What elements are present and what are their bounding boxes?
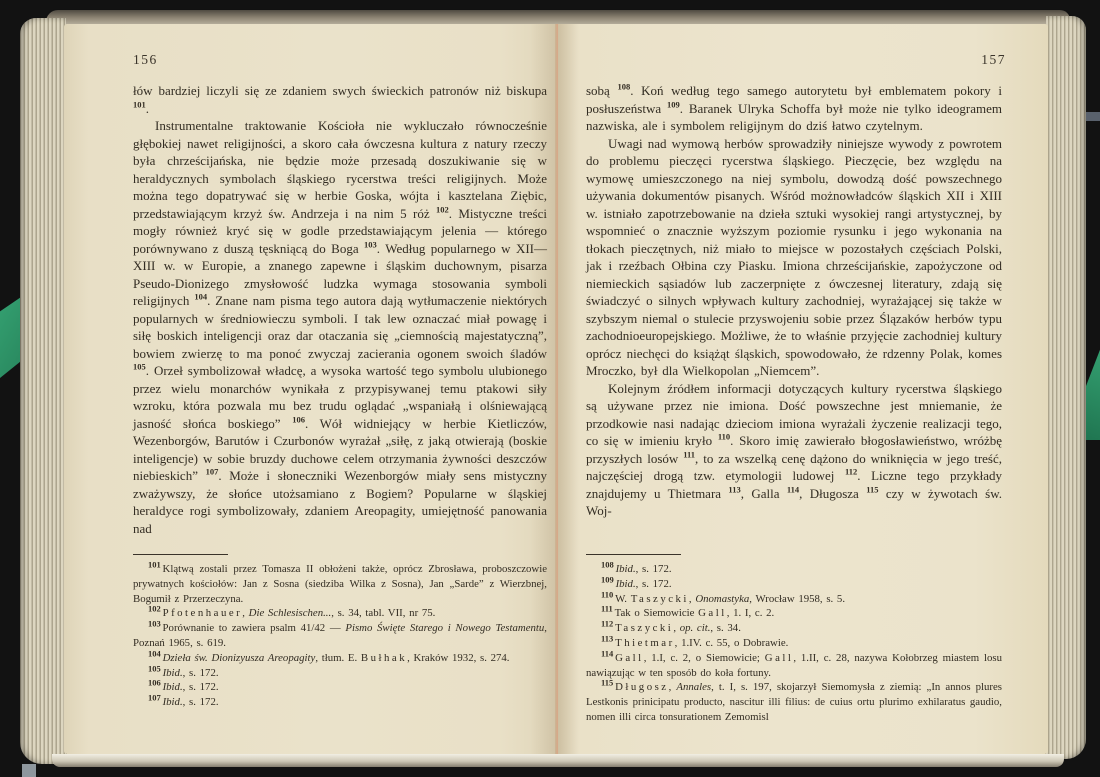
book-page-right: 157 sobą 108. Koń według tego samego aut… [558, 24, 1048, 754]
footnote: 113 Thietmar, 1.IV. c. 55, o Dobrawie. [586, 636, 1002, 651]
footnote: 114 Gall, 1.I, c. 2, o Siemowicie; Gall,… [586, 651, 1002, 681]
footnote-separator [133, 554, 228, 555]
footnote: 102 Pfotenhauer, Die Schlesischen..., s.… [133, 606, 547, 621]
footnote: 104 Dzieła św. Dionizyusza Areopagity, t… [133, 651, 547, 666]
footnote: 105 Ibid., s. 172. [133, 666, 547, 681]
paragraph: Uwagi nad wymową herbów sprowadziły nini… [586, 135, 1002, 380]
footnote: 109 Ibid., s. 172. [586, 577, 1002, 592]
open-book: 156 łów bardziej liczyli się ze zdaniem … [20, 10, 1086, 767]
footnote: 107 Ibid., s. 172. [133, 695, 547, 710]
left-page-body: łów bardziej liczyli się ze zdaniem swyc… [133, 82, 547, 537]
photo-background: 156 łów bardziej liczyli się ze zdaniem … [0, 0, 1100, 777]
footnote: 111 Tak o Siemowicie Gall, 1. I, c. 2. [586, 606, 1002, 621]
footnote: 110 W. Taszycki, Onomastyka, Wrocław 195… [586, 592, 1002, 607]
left-page-footnotes-block: 101 Klątwą zostali przez Tomasza II obło… [133, 554, 547, 710]
footnote: 108 Ibid., s. 172. [586, 562, 1002, 577]
paragraph: Kolejnym źródłem informacji dotyczących … [586, 380, 1002, 520]
footnote: 101 Klątwą zostali przez Tomasza II obło… [133, 562, 547, 606]
page-number-right: 157 [981, 52, 1006, 68]
right-page-footnotes-block: 108 Ibid., s. 172.109 Ibid., s. 172.110 … [586, 554, 1002, 725]
footnote: 103 Porównanie to zawiera psalm 41/42 — … [133, 621, 547, 651]
paragraph: łów bardziej liczyli się ze zdaniem swyc… [133, 82, 547, 117]
left-page-footnotes: 101 Klątwą zostali przez Tomasza II obło… [133, 562, 547, 710]
footnote-separator [586, 554, 681, 555]
book-bottom-page-edges [52, 754, 1064, 767]
right-page-edge-stack [1046, 16, 1086, 759]
footnote: 112 Taszycki, op. cit., s. 34. [586, 621, 1002, 636]
right-page-footnotes: 108 Ibid., s. 172.109 Ibid., s. 172.110 … [586, 562, 1002, 725]
paragraph: Instrumentalne traktowanie Kościoła nie … [133, 117, 547, 537]
book-page-left: 156 łów bardziej liczyli się ze zdaniem … [64, 24, 558, 754]
page-number-left: 156 [133, 52, 158, 68]
footnote: 115 Długosz, Annales, t. I, s. 197, skoj… [586, 680, 1002, 724]
paragraph: sobą 108. Koń według tego samego autoryt… [586, 82, 1002, 135]
right-page-body: sobą 108. Koń według tego samego autoryt… [586, 82, 1002, 520]
left-page-edge-stack [20, 18, 66, 764]
footnote: 106 Ibid., s. 172. [133, 680, 547, 695]
